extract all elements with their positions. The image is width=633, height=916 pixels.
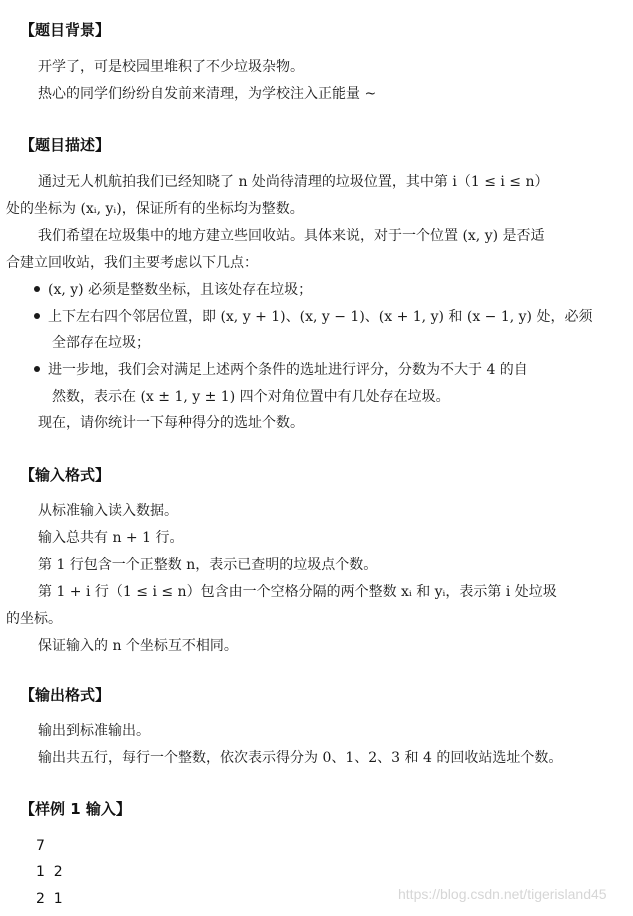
bullet-item-1: (x, y) 必须是整数坐标，且该处存在垃圾； [34,280,312,300]
input-line-4: 第 1 + i 行（1 ≤ i ≤ n）包含由一个空格分隔的两个整数 xᵢ 和 … [38,582,557,602]
sample-input-line-3: 2 1 [36,889,63,909]
section-heading-description: 【题目描述】 [20,135,110,155]
watermark: https://blog.csdn.net/tigerisland45 [398,886,607,902]
bullet-item-2-cont: 全部存在垃圾； [52,333,150,353]
section-heading-background: 【题目背景】 [20,20,110,40]
description-line-2: 处的坐标为 (xᵢ, yᵢ)，保证所有的坐标均为整数。 [6,199,304,219]
description-line-4: 合建立回收站，我们主要考虑以下几点： [6,253,258,273]
input-line-5: 的坐标。 [6,609,62,629]
section-heading-sample-input-1: 【样例 1 输入】 [20,799,131,819]
background-line-1: 开学了，可是校园里堆积了不少垃圾杂物。 [38,57,304,77]
background-line-2: 热心的同学们纷纷自发前来清理，为学校注入正能量 ~ [38,84,376,104]
description-line-1: 通过无人机航拍我们已经知晓了 n 处尚待清理的垃圾位置，其中第 i（1 ≤ i … [38,172,549,192]
input-line-3: 第 1 行包含一个正整数 n，表示已查明的垃圾点个数。 [38,555,377,575]
description-closing: 现在，请你统计一下每种得分的选址个数。 [38,413,304,433]
bullet-item-3: 进一步地，我们会对满足上述两个条件的选址进行评分，分数为不大于 4 的自 [34,360,528,380]
description-line-3: 我们希望在垃圾集中的地方建立些回收站。具体来说，对于一个位置 (x, y) 是否… [38,226,545,246]
bullet-icon [34,313,40,319]
bullet-icon [34,366,40,372]
section-heading-output-format: 【输出格式】 [20,685,110,705]
output-line-2: 输出共五行，每行一个整数，依次表示得分为 0、1、2、3 和 4 的回收站选址个… [38,748,562,768]
sample-input-line-2: 1 2 [36,862,63,882]
bullet-icon [34,286,40,292]
section-heading-input-format: 【输入格式】 [20,465,110,485]
bullet-item-2: 上下左右四个邻居位置，即 (x, y + 1)、(x, y − 1)、(x + … [34,307,592,327]
bullet-item-3-cont: 然数，表示在 (x ± 1, y ± 1) 四个对角位置中有几处存在垃圾。 [52,387,450,407]
output-line-1: 输出到标准输出。 [38,721,150,741]
input-line-1: 从标准输入读入数据。 [38,501,178,521]
input-line-6: 保证输入的 n 个坐标互不相同。 [38,636,238,656]
sample-input-line-1: 7 [36,836,45,856]
input-line-2: 输入总共有 n + 1 行。 [38,528,183,548]
